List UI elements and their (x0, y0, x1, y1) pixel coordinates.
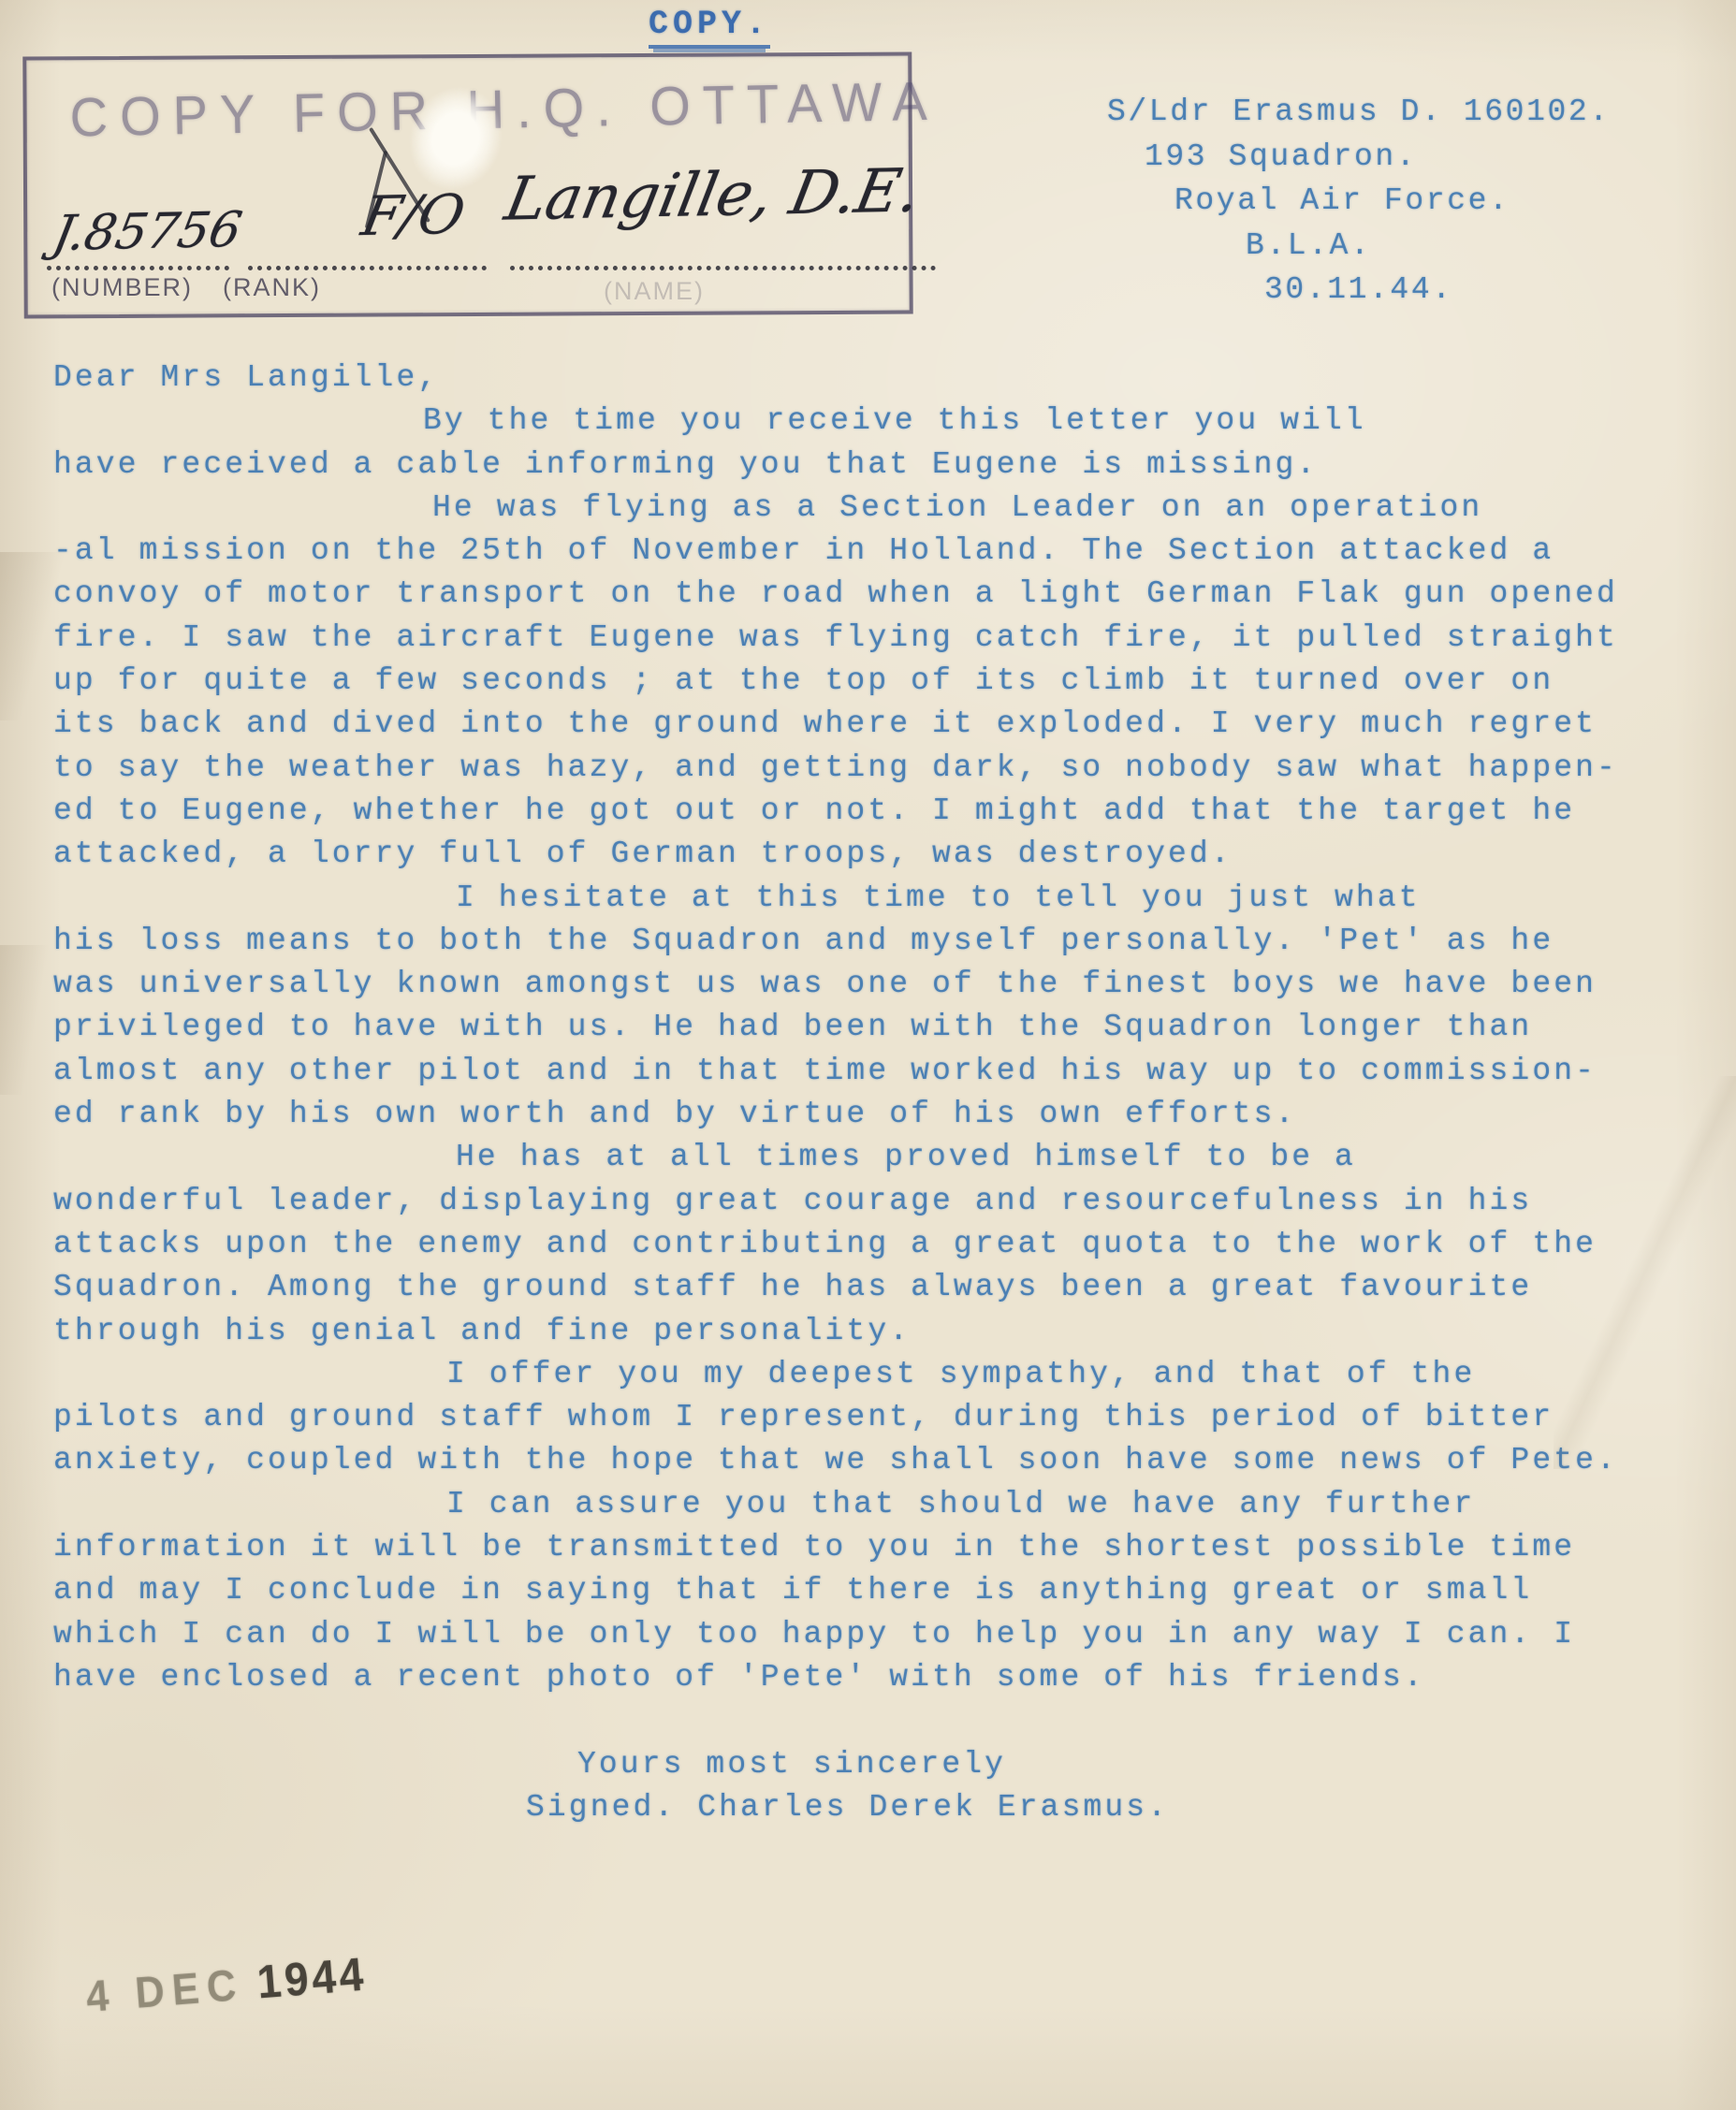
letter-line: information it will be transmitted to yo… (53, 1526, 1714, 1569)
letter-line: B.L.A. (1107, 224, 1611, 269)
handwritten-name: Langille, D.E. (500, 156, 926, 234)
letter-line: I offer you my deepest sympathy, and tha… (53, 1353, 1714, 1396)
letter-line: up for quite a few seconds ; at the top … (53, 660, 1714, 703)
received-date-stamp: 4 DEC1944 (84, 1947, 369, 2023)
letter-line: its back and dived into the ground where… (53, 703, 1714, 746)
letter-line: Royal Air Force. (1107, 179, 1611, 224)
sender-address-block: S/Ldr Erasmus D. 160102.193 Squadron.Roy… (1107, 90, 1611, 313)
letter-line: S/Ldr Erasmus D. 160102. (1107, 90, 1611, 135)
letter-line: He has at all times proved himself to be… (53, 1136, 1714, 1179)
letter-line: and may I conclude in saying that if the… (53, 1569, 1714, 1612)
letter-line: convoy of motor transport on the road wh… (53, 573, 1714, 616)
letter-line: pilots and ground staff whom I represent… (53, 1396, 1714, 1439)
letter-line: ed to Eugene, whether he got out or not.… (53, 790, 1714, 833)
letter-line: have enclosed a recent photo of 'Pete' w… (53, 1656, 1714, 1699)
paper-crease (0, 945, 56, 1095)
dotted-line-number (47, 260, 229, 270)
letter-line: 30.11.44. (1107, 268, 1611, 313)
letter-line: Squadron. Among the ground staff he has … (53, 1266, 1714, 1309)
dotted-line-name (510, 260, 936, 270)
letter-line: wonderful leader, displaying great coura… (53, 1180, 1714, 1223)
received-stamp-day-month: 4 DEC (84, 1959, 245, 2021)
handwritten-rank: F/O (357, 182, 470, 248)
dotted-line-rank (248, 260, 487, 270)
letter-document: COPY. COPY FOR H.Q. OTTAWA J.85756 F/O L… (0, 0, 1736, 2110)
letter-line: through his genial and fine personality. (53, 1310, 1714, 1353)
letter-line: fire. I saw the aircraft Eugene was flyi… (53, 617, 1714, 660)
label-name: (NAME) (604, 277, 705, 306)
letter-line: privileged to have with us. He had been … (53, 1006, 1714, 1049)
letter-line: his loss means to both the Squadron and … (53, 920, 1714, 963)
letter-body: Dear Mrs Langille,By the time you receiv… (53, 357, 1714, 1829)
label-number: (NUMBER) (51, 273, 193, 302)
letter-line: anxiety, coupled with the hope that we s… (53, 1439, 1714, 1482)
letter-line: ed rank by his own worth and by virtue o… (53, 1093, 1714, 1136)
letter-line: to say the weather was hazy, and getting… (53, 747, 1714, 790)
handwritten-service-number: J.85756 (49, 202, 246, 262)
letter-line: was universally known amongst us was one… (53, 963, 1714, 1006)
letter-line: 193 Squadron. (1107, 135, 1611, 180)
letter-line: By the time you receive this letter you … (53, 400, 1714, 443)
letter-line: almost any other pilot and in that time … (53, 1050, 1714, 1093)
letter-line: Dear Mrs Langille, (53, 357, 1714, 400)
label-rank: (RANK) (223, 273, 321, 302)
received-stamp-year: 1944 (255, 1948, 369, 2009)
letter-line: I hesitate at this time to tell you just… (53, 877, 1714, 920)
letter-line: Yours most sincerely (53, 1743, 1714, 1786)
letter-line (53, 1699, 1714, 1742)
letter-line: Signed. Charles Derek Erasmus. (53, 1786, 1714, 1829)
letter-line: He was flying as a Section Leader on an … (53, 487, 1714, 530)
letter-line: attacks upon the enemy and contributing … (53, 1223, 1714, 1266)
letter-line: which I can do I will be only too happy … (53, 1613, 1714, 1656)
letter-line: have received a cable informing you that… (53, 444, 1714, 487)
copy-heading: COPY. (649, 6, 770, 49)
letter-line: attacked, a lorry full of German troops,… (53, 833, 1714, 876)
letter-line: I can assure you that should we have any… (53, 1483, 1714, 1526)
letter-line: -al mission on the 25th of November in H… (53, 530, 1714, 573)
